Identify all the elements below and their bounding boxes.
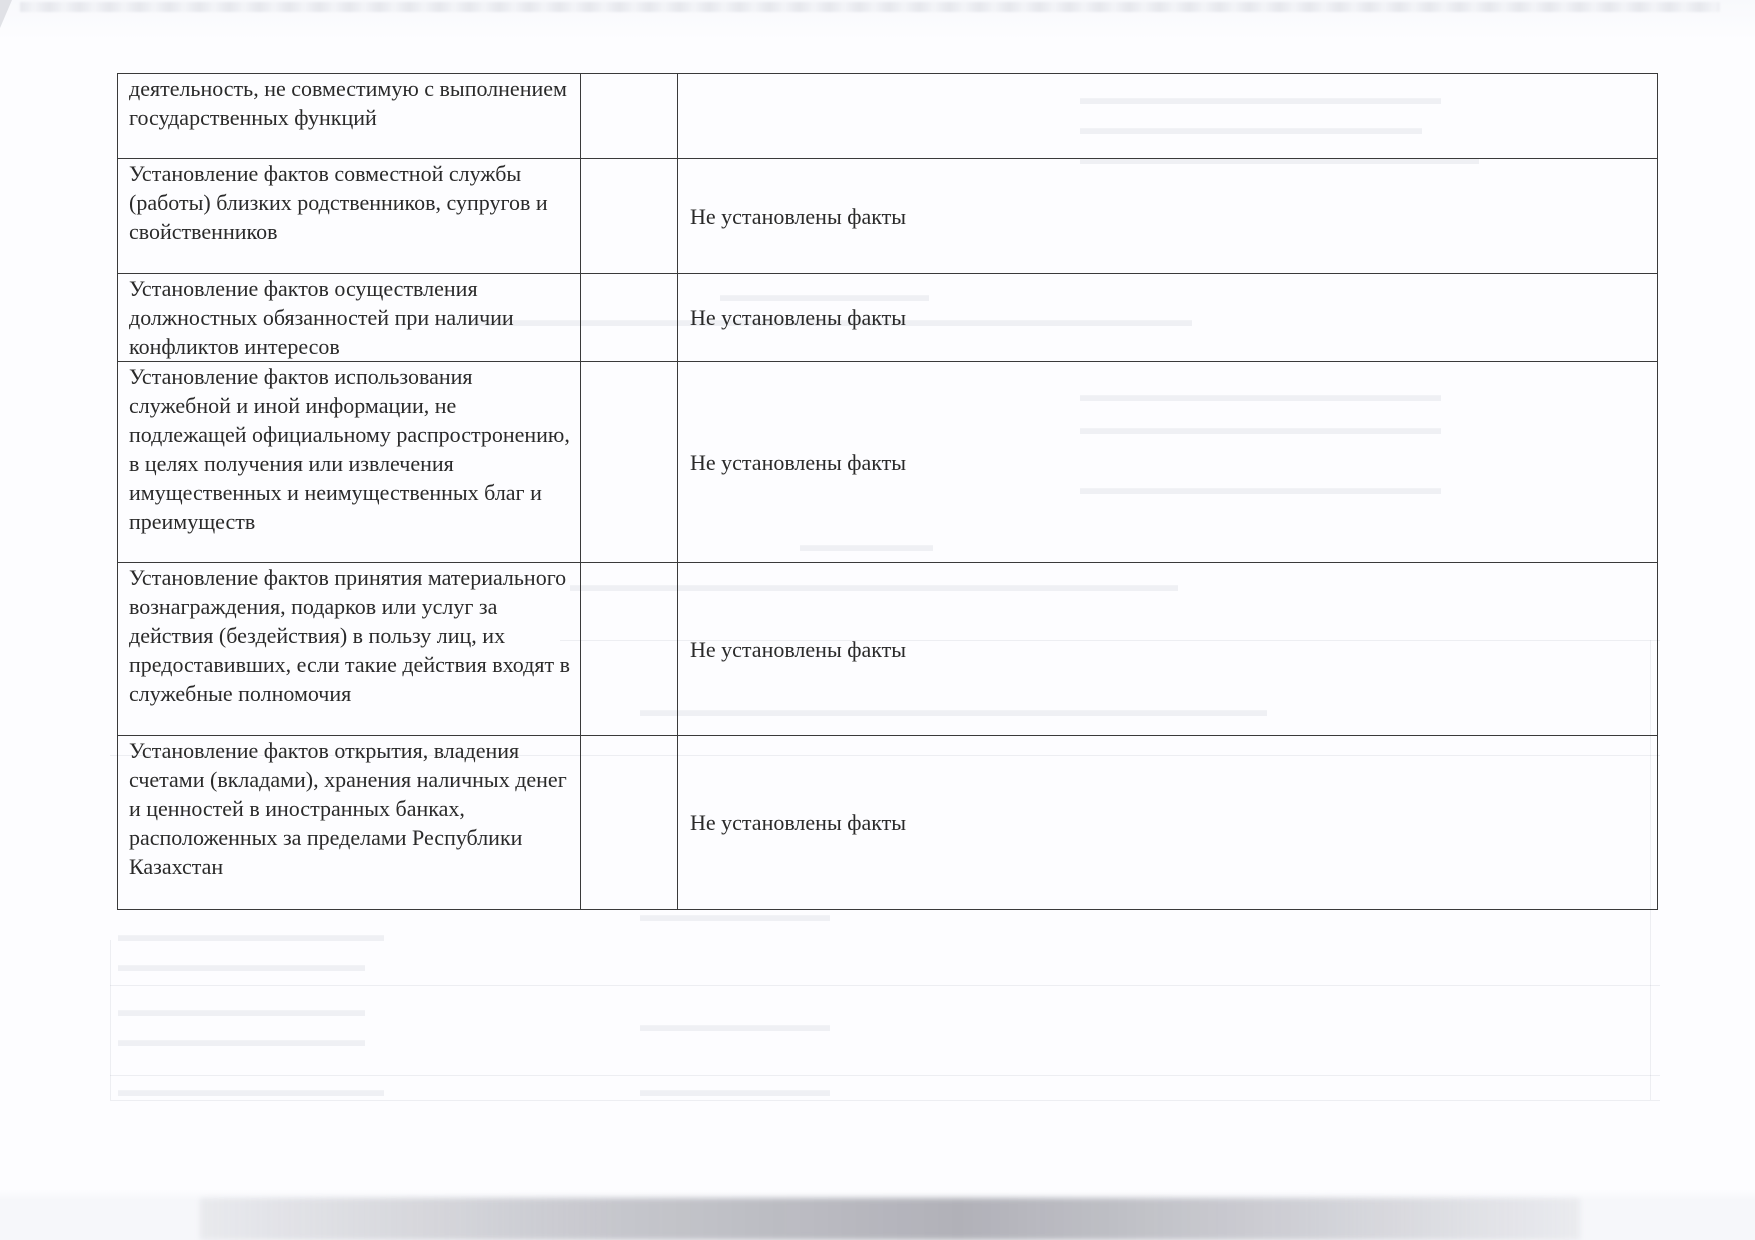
bleed-through-line xyxy=(110,985,1660,986)
row-middle-cell xyxy=(581,74,678,159)
bleed-through-text: ▬▬▬▬▬▬▬▬▬▬ xyxy=(640,1080,830,1102)
row-middle-cell xyxy=(581,159,678,274)
bleed-through-text: ▬▬▬▬▬▬▬▬▬▬▬▬▬ xyxy=(118,1030,365,1052)
row-result: Не установлены факты xyxy=(678,736,1658,910)
row-description: Установление фактов открытия, владения с… xyxy=(118,736,581,910)
table-row: Установление фактов осуществления должно… xyxy=(118,274,1658,362)
table-row: деятельность, не совместимую с выполнени… xyxy=(118,74,1658,159)
scan-bottom-smudge xyxy=(200,1198,1580,1240)
row-description: Установление фактов осуществления должно… xyxy=(118,274,581,362)
bleed-through-text: ▬▬▬▬▬▬▬▬▬▬ xyxy=(640,1015,830,1037)
row-middle-cell xyxy=(581,362,678,563)
table-row: Установление фактов принятия материально… xyxy=(118,563,1658,736)
row-description: Установление фактов принятия материально… xyxy=(118,563,581,736)
row-middle-cell xyxy=(581,274,678,362)
row-result: Не установлены факты xyxy=(678,362,1658,563)
row-result: Не установлены факты xyxy=(678,159,1658,274)
scan-corner-fold xyxy=(0,0,12,28)
row-description: Установление фактов совместной службы (р… xyxy=(118,159,581,274)
table-row: Установление фактов совместной службы (р… xyxy=(118,159,1658,274)
row-result: Не установлены факты xyxy=(678,563,1658,736)
row-result xyxy=(678,74,1658,159)
row-description: Установление фактов использования служеб… xyxy=(118,362,581,563)
table-row: Установление фактов открытия, владения с… xyxy=(118,736,1658,910)
bleed-through-line xyxy=(110,940,111,1100)
scan-top-edge-noise xyxy=(20,2,1720,12)
row-middle-cell xyxy=(581,563,678,736)
bleed-through-line xyxy=(110,1100,1660,1101)
row-middle-cell xyxy=(581,736,678,910)
findings-table: деятельность, не совместимую с выполнени… xyxy=(117,73,1658,910)
row-description: деятельность, не совместимую с выполнени… xyxy=(118,74,581,159)
bleed-through-text: ▬▬▬▬▬▬▬▬▬▬▬▬▬ xyxy=(118,955,365,977)
scanned-page: ▬▬▬▬▬▬▬▬▬▬▬▬▬▬▬▬▬▬▬ ▬▬▬▬▬▬▬▬▬▬▬▬▬▬▬▬▬▬ ▬… xyxy=(0,0,1755,1240)
table-row: Установление фактов использования служеб… xyxy=(118,362,1658,563)
bleed-through-text: ▬▬▬▬▬▬▬▬▬▬▬▬▬ xyxy=(118,1000,365,1022)
bleed-through-text: ▬▬▬▬▬▬▬▬▬▬▬▬▬▬ xyxy=(118,1080,384,1102)
bleed-through-line xyxy=(110,1075,1660,1076)
bleed-through-text: ▬▬▬▬▬▬▬▬▬▬▬▬▬▬ xyxy=(118,925,384,947)
row-result: Не установлены факты xyxy=(678,274,1658,362)
